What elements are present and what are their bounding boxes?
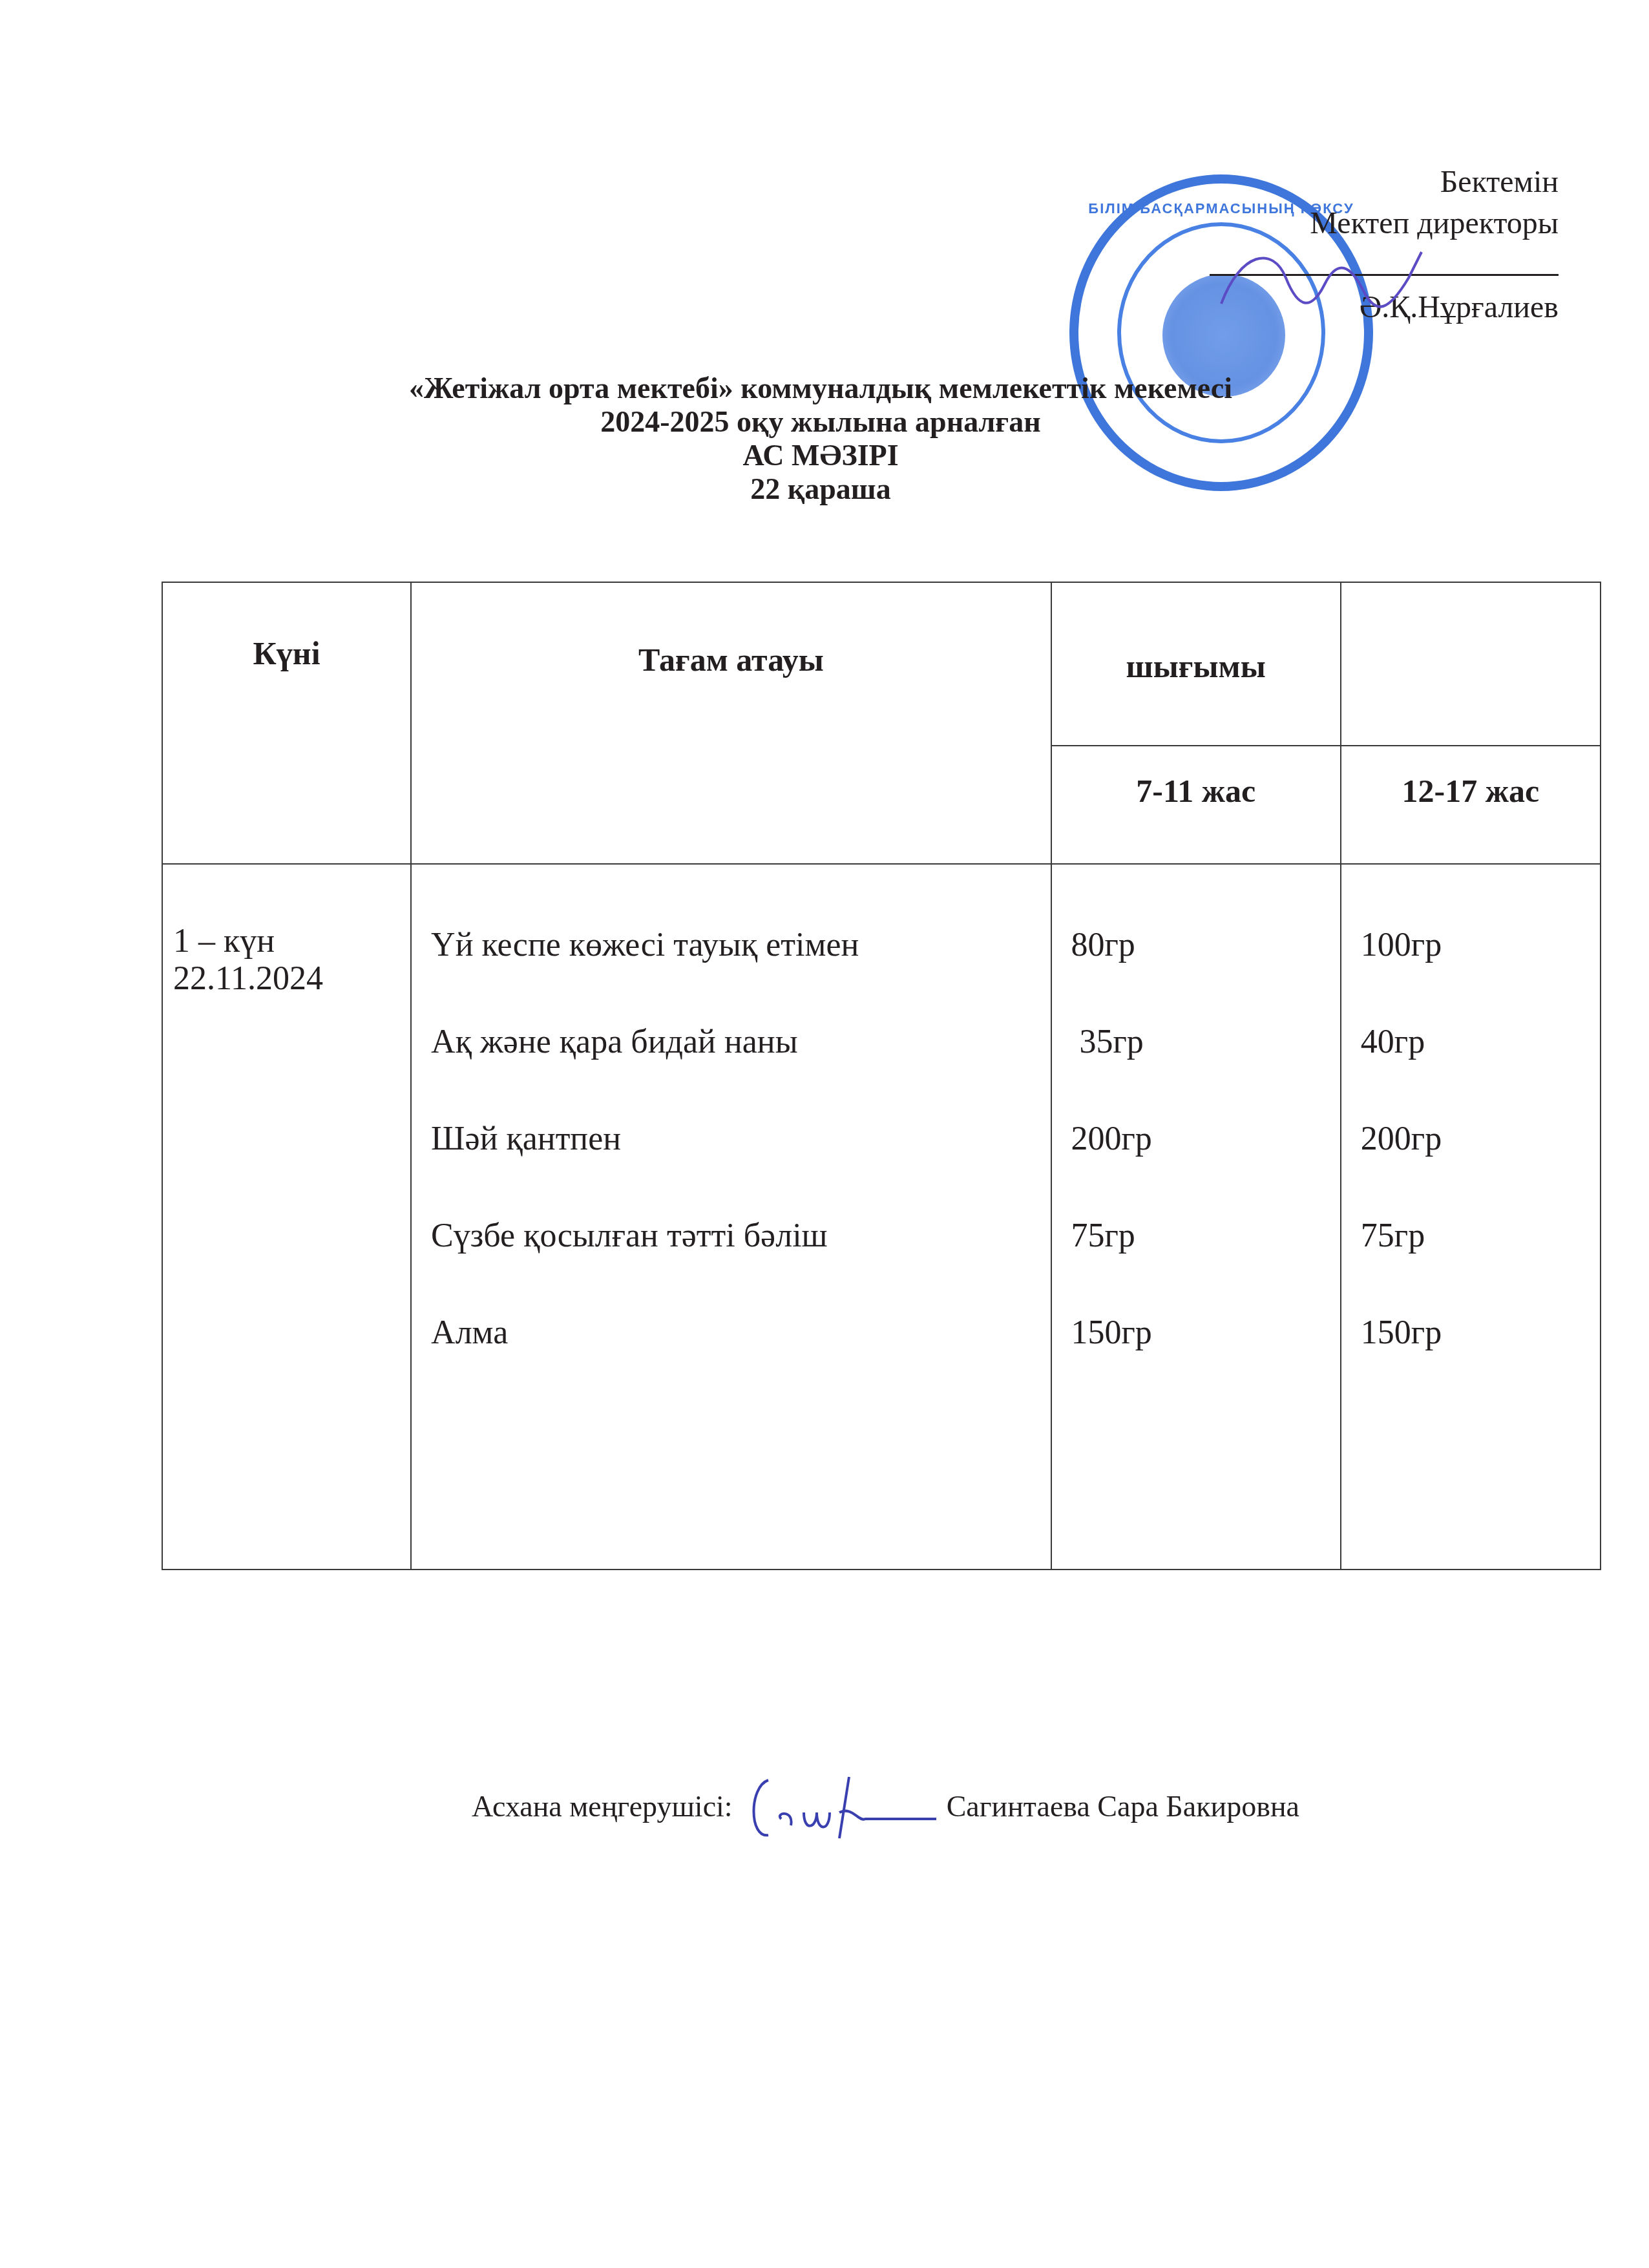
document-title: «Жетіжал орта мектебі» коммуналдық мемле… [0,372,1649,506]
column-header-dish: Тағам атауы [411,582,1051,864]
portion-value: 80гр [1071,897,1339,994]
chef-role: Асхана меңгерушісі: [472,1790,733,1823]
chef-name: Сагинтаева Сара Бакировна [947,1790,1299,1823]
portion-value: 100гр [1361,897,1599,994]
chef-signature-icon [742,1774,936,1845]
dish-item: Ақ және қара бидай наны [431,994,1049,1091]
portion-12-17-cell: 100гр 40гр 200гр 75гр 150гр [1341,864,1601,1570]
portion-value: 75гр [1071,1188,1339,1285]
title-line-2: 2024-2025 оқу жылына арналған [213,405,1428,439]
day-cell: 1 – күн 22.11.2024 [162,864,411,1570]
table-row: 1 – күн 22.11.2024 Үй кеспе көжесі тауық… [162,864,1601,1570]
chef-signature-block: Асхана меңгерушісі: Сагинтаева Сара Баки… [472,1774,1299,1845]
column-header-empty [1341,582,1601,746]
dish-item: Үй кеспе көжесі тауық етімен [431,897,1049,994]
column-header-output: шығымы [1051,582,1341,746]
dish-item: Алма [431,1285,1049,1381]
portion-value: 150гр [1071,1285,1339,1381]
dish-item: Шәй қантпен [431,1091,1049,1188]
portion-value: 200гр [1361,1091,1599,1188]
menu-table: Күні Тағам атауы шығымы 7-11 жас 12-17 ж… [162,582,1601,1570]
portion-value: 75гр [1361,1188,1599,1285]
approval-label: Бектемін [1210,162,1559,203]
director-signature-icon [1215,239,1428,323]
day-date: 22.11.2024 [173,960,400,998]
portion-7-11-cell: 80гр 35гр 200гр 75гр 150гр [1051,864,1341,1570]
dish-item: Сүзбе қосылған тәтті бәліш [431,1188,1049,1285]
column-header-age-7-11: 7-11 жас [1051,746,1341,864]
title-line-4: 22 қараша [213,472,1428,506]
portion-value: 150гр [1361,1285,1599,1381]
portion-value: 35гр [1071,994,1339,1091]
column-header-day: Күні [162,582,411,864]
title-line-1: «Жетіжал орта мектебі» коммуналдық мемле… [213,372,1428,405]
title-line-3: АС МӘЗІРІ [213,439,1428,472]
day-label: 1 – күн [173,923,400,960]
portion-value: 40гр [1361,994,1599,1091]
portion-value: 200гр [1071,1091,1339,1188]
dish-cell: Үй кеспе көжесі тауық етімен Ақ және қар… [411,864,1051,1570]
approval-position: Мектеп директоры [1210,203,1559,244]
column-header-age-12-17: 12-17 жас [1341,746,1601,864]
